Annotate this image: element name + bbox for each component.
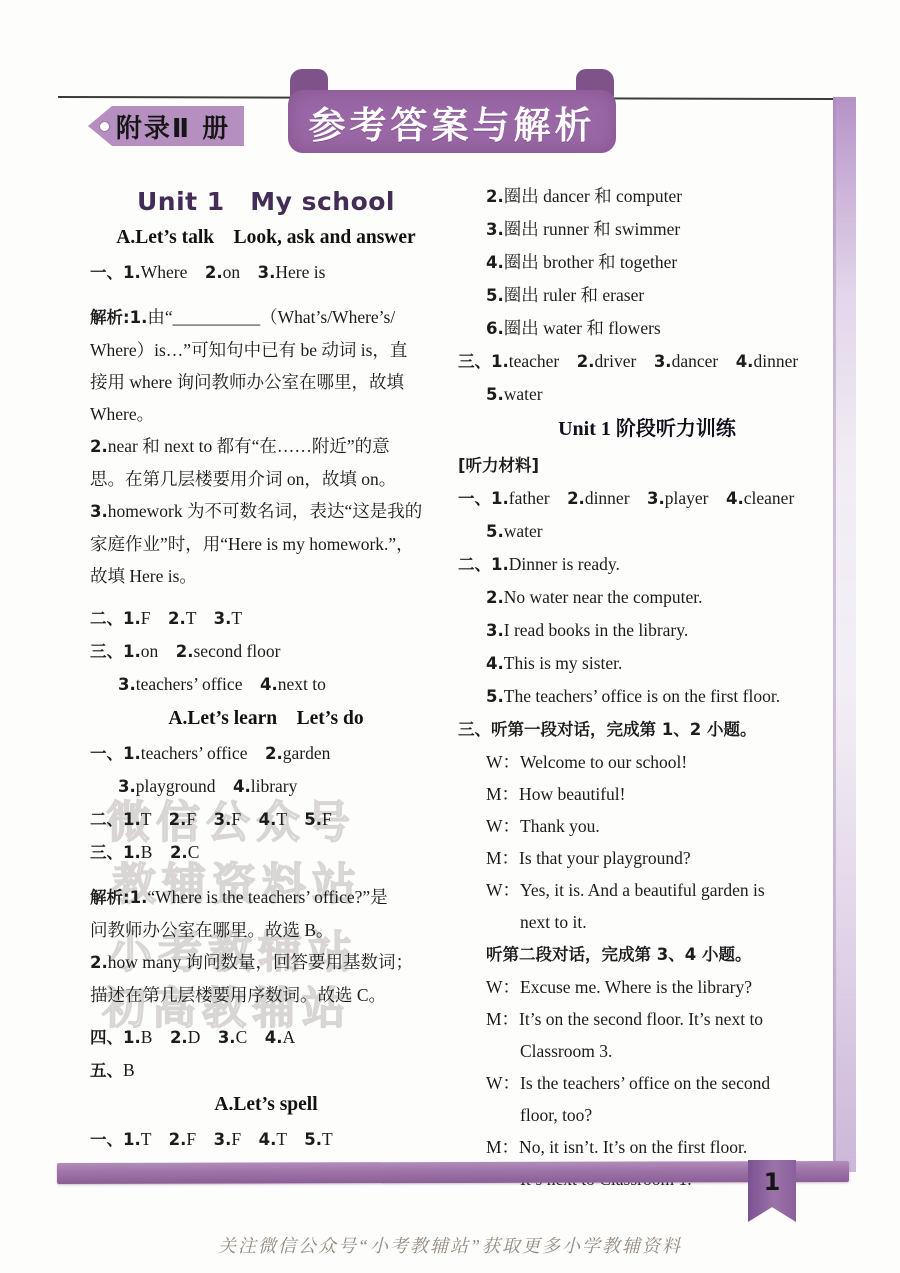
text-line: next to it. [458, 906, 836, 938]
text-line: W：Yes, it is. And a beautiful garden is [458, 874, 836, 906]
text-line: 一、1.T 2.F 3.F 4.T 5.T [90, 1123, 442, 1156]
text-line: 家庭作业”时，用“Here is my homework.”， [90, 528, 442, 560]
text-line: 2.how many 询问数量，回答要用基数词； [90, 946, 442, 979]
text-line: 3.I read books in the library. [458, 614, 836, 647]
text-line: M：No, it isn’t. It’s on the first floor. [458, 1131, 836, 1163]
text-line: Where）is…”可知句中已有 be 动词 is，直 [90, 334, 442, 366]
text-line: 三、1.B 2.C [90, 836, 442, 869]
text-line: 二、1.T 2.F 3.F 4.T 5.F [90, 803, 442, 836]
text-line: 3.圈出 runner 和 swimmer [458, 213, 836, 246]
section-heading: A.Let’s spell [90, 1089, 442, 1121]
text-line: W：Is the teachers’ office on the second [458, 1067, 836, 1099]
text-line: W：Welcome to our school! [458, 746, 836, 778]
text-line: 三、听第一段对话，完成第 1、2 小题。 [458, 713, 836, 746]
text-line: 三、1.on 2.second floor [90, 635, 442, 668]
text-line: 2.No water near the computer. [458, 581, 836, 614]
volume-tag: 附录Ⅱ 册 [88, 106, 244, 146]
text-line: 听第二段对话，完成第 3、4 小题。 [458, 938, 836, 971]
text-line: 3.playground 4.library [90, 770, 442, 803]
tag-hole-dot [100, 122, 109, 131]
text-line: 接用 where 询问教师办公室在哪里，故填 [90, 366, 442, 398]
section-heading: A.Let’s talk Look, ask and answer [90, 222, 442, 254]
text-line: 思。在第几层楼要用介词 on，故填 on。 [90, 463, 442, 495]
text-line: M：How beautiful! [458, 778, 836, 810]
text-line: 4.This is my sister. [458, 647, 836, 680]
text-line: 5.water [458, 378, 836, 411]
text-line: floor, too? [458, 1099, 836, 1131]
text-line: 二、1.F 2.T 3.T [90, 602, 442, 635]
section-heading: Unit 1 阶段听力训练 [458, 412, 836, 446]
bottom-decorative-band [57, 1161, 849, 1184]
text-line: W：Excuse me. Where is the library? [458, 971, 836, 1003]
page-number: 1 [764, 1160, 781, 1222]
text-line: 一、1.Where 2.on 3.Here is [90, 256, 442, 289]
page-number-ribbon: 1 [748, 1160, 796, 1222]
text-line: 6.圈出 water 和 flowers [458, 312, 836, 345]
text-line: Classroom 3. [458, 1035, 836, 1067]
text-line: 一、1.father 2.dinner 3.player 4.cleaner [458, 482, 836, 515]
text-line: 3.homework 为不可数名词，表达“这是我的 [90, 495, 442, 528]
text-line: W：Thank you. [458, 810, 836, 842]
text-line: 5.water [458, 515, 836, 548]
text-line: 二、1.Dinner is ready. [458, 548, 836, 581]
text-line: 4.圈出 brother 和 together [458, 246, 836, 279]
text-line: M：It’s on the second floor. It’s next to [458, 1003, 836, 1035]
text-line: 解析:1.由“__________（What’s/Where’s/ [90, 301, 442, 334]
text-line: 五、B [90, 1054, 442, 1087]
volume-tag-label: 附录Ⅱ 册 [116, 108, 230, 145]
text-line: [听力材料] [458, 449, 836, 482]
left-column: Unit 1 My schoolA.Let’s talk Look, ask a… [90, 184, 442, 1189]
text-line: 四、1.B 2.D 3.C 4.A [90, 1021, 442, 1054]
text-line: 5.The teachers’ office is on the first f… [458, 680, 836, 713]
text-line: 5.圈出 ruler 和 eraser [458, 279, 836, 312]
unit-title: Unit 1 My school [90, 184, 442, 220]
text-line: 2.圈出 dancer 和 computer [458, 180, 836, 213]
text-line: 三、1.teacher 2.driver 3.dancer 4.dinner [458, 345, 836, 378]
answers-banner-title: 参考答案与解析 [309, 95, 596, 149]
text-line: 解析:1.“Where is the teachers’ office?”是 [90, 881, 442, 914]
text-line: Where。 [90, 398, 442, 430]
text-line: 3.teachers’ office 4.next to [90, 668, 442, 701]
text-line: M：Is that your playground? [458, 842, 836, 874]
text-line: 2.near 和 next to 都有“在……附近”的意 [90, 430, 442, 463]
text-line: 故填 Here is。 [90, 560, 442, 592]
text-line: 描述在第几层楼要用序数词。故选 C。 [90, 979, 442, 1011]
section-heading: A.Let’s learn Let’s do [90, 703, 442, 735]
answers-banner: 参考答案与解析 [288, 69, 616, 153]
text-line: 问教师办公室在哪里。故选 B。 [90, 914, 442, 946]
page-right-edge-shading [833, 97, 856, 1172]
answers-banner-body: 参考答案与解析 [288, 90, 616, 153]
right-column: 2.圈出 dancer 和 computer3.圈出 runner 和 swim… [458, 180, 836, 1195]
text-line: 一、1.teachers’ office 2.garden [90, 737, 442, 770]
footer-note: 关注微信公众号“小考教辅站”获取更多小学教辅资料 [0, 1232, 900, 1258]
